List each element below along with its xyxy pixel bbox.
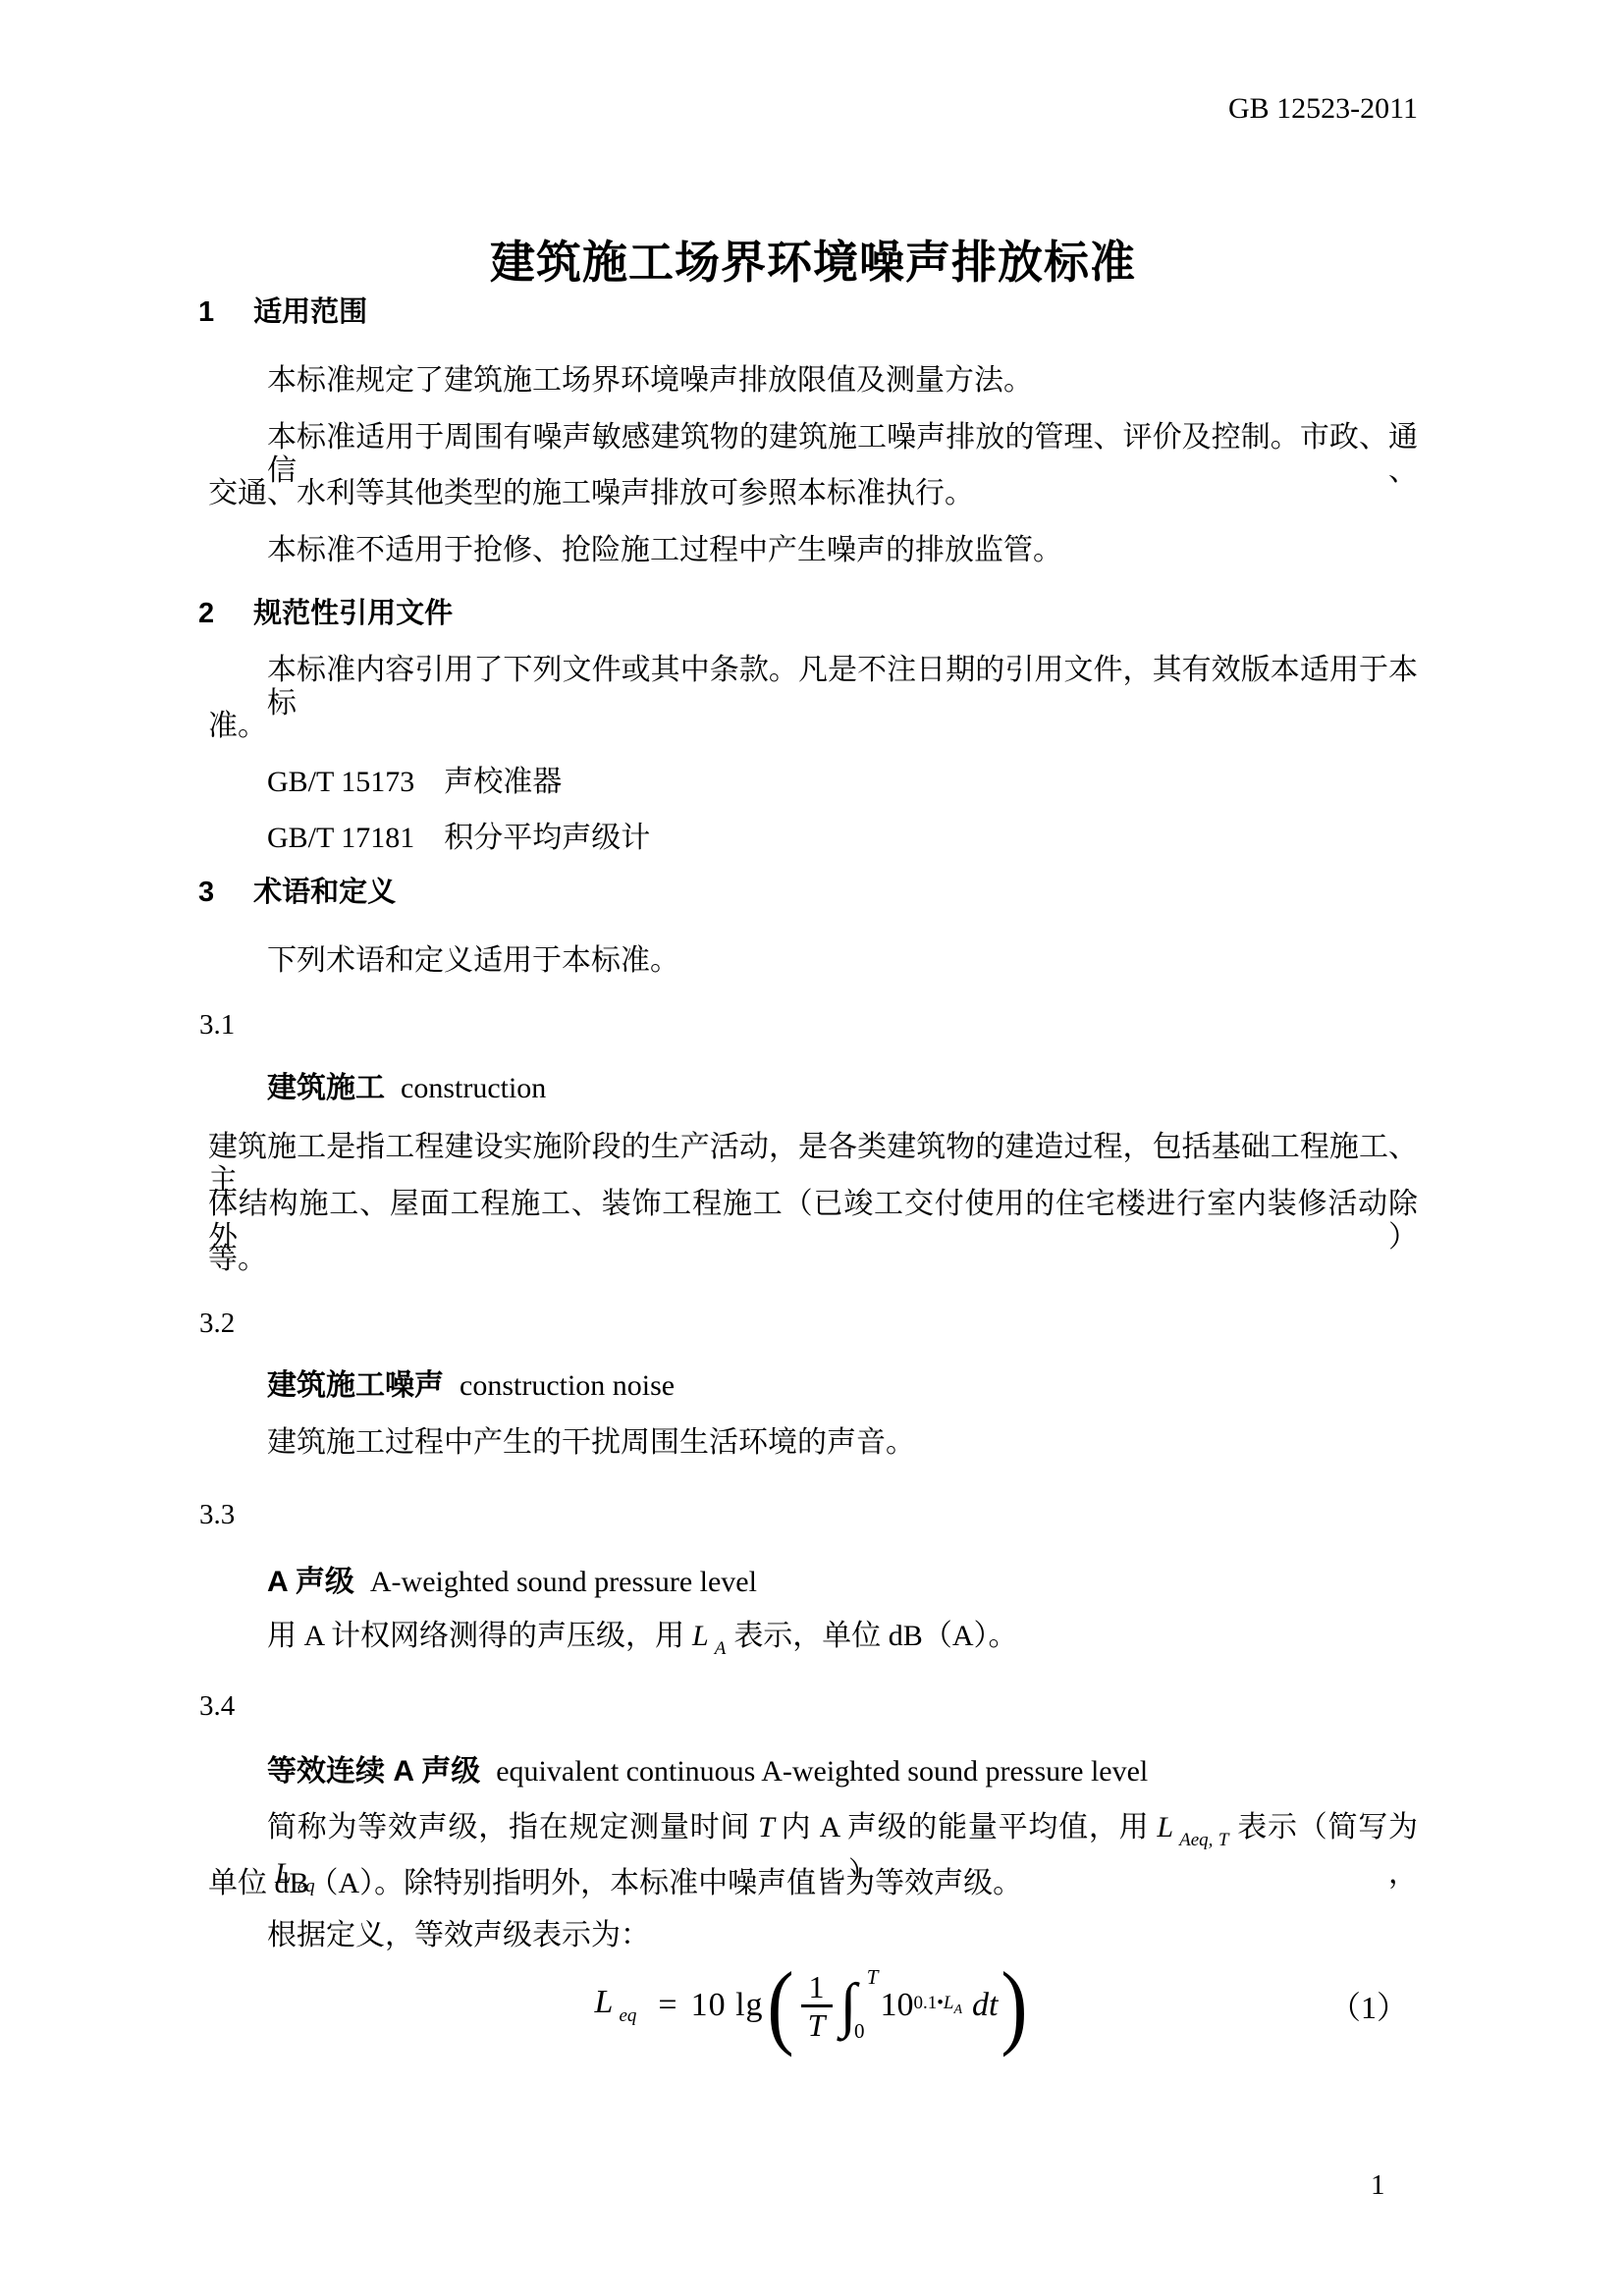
paragraph-line: 本标准规定了建筑施工场界环境噪声排放限值及测量方法。 — [208, 364, 1418, 398]
document-page: GB 12523-2011 建筑施工场界环境噪声排放标准 1适用范围 本标准规定… — [0, 0, 1623, 2296]
equation-lhs: Leq — [595, 1984, 645, 2027]
section-number: 2 — [198, 598, 214, 629]
integral-upper-limit: T — [867, 1967, 879, 1988]
reference-item: GB/T 15173声校准器 — [208, 766, 1418, 799]
fraction: 1 T — [801, 1969, 833, 2043]
equals-sign: = — [658, 1987, 676, 2024]
term-name-zh: 建筑施工 — [267, 1072, 385, 1104]
differential: dt — [972, 1987, 998, 2024]
definition-line: 单位 dB（A）。除特别指明外，本标准中噪声值皆为等效声级。 — [208, 1867, 1418, 1900]
section-title: 规范性引用文件 — [253, 598, 453, 629]
reference-code: GB/T 15173 — [267, 766, 414, 798]
term-number: 3.1 — [199, 1008, 1409, 1041]
definition-line: 用 A 计权网络测得的声压级，用LA表示，单位 dB（A）。 — [208, 1620, 1418, 1666]
term-number: 3.2 — [199, 1307, 1409, 1340]
term-name-en: equivalent continuous A-weighted sound p… — [496, 1755, 1148, 1788]
term-name-en: A-weighted sound pressure level — [370, 1566, 757, 1598]
section-heading-2: 2规范性引用文件 — [198, 597, 1408, 630]
paragraph-line: 根据定义，等效声级表示为： — [208, 1919, 1418, 1952]
exponent: 0.1•LA — [913, 1993, 962, 2018]
term-name-en: construction noise — [460, 1369, 675, 1402]
term-heading: 等效连续 A 声级equivalent continuous A-weighte… — [208, 1755, 1418, 1789]
equation: Leq = 10 lg ( 1 T ∫T0 10 0.1•LA dt ) — [208, 1958, 1418, 2053]
open-paren: ( — [767, 1958, 793, 2053]
section-number: 3 — [198, 877, 214, 908]
coefficient: 10 lg — [691, 1987, 764, 2024]
paragraph-line: 本标准不适用于抢修、抢险施工过程中产生噪声的排放监管。 — [208, 534, 1418, 567]
section-number: 1 — [198, 296, 214, 328]
paragraph-line: 交通、水利等其他类型的施工噪声排放可参照本标准执行。 — [208, 477, 1418, 510]
equation-number: （1） — [1329, 1983, 1408, 2028]
definition-line: 建筑施工过程中产生的干扰周围生活环境的声音。 — [208, 1426, 1418, 1460]
reference-name: 积分平均声级计 — [444, 822, 650, 854]
math-variable: L — [1157, 1811, 1173, 1843]
term-name-zh: 等效连续 A 声级 — [267, 1755, 480, 1788]
term-name-zh: A 声级 — [267, 1566, 354, 1598]
section-title: 适用范围 — [253, 296, 367, 328]
integral-sign: ∫T0 — [840, 1975, 877, 2036]
equation-row: Leq = 10 lg ( 1 T ∫T0 10 0.1•LA dt ) （1） — [208, 1958, 1418, 2053]
close-paren: ) — [1001, 1958, 1028, 2053]
definition-line: 等。 — [208, 1243, 1418, 1276]
document-title: 建筑施工场界环境噪声排放标准 — [208, 237, 1418, 288]
term-heading: 建筑施工construction — [208, 1072, 1418, 1105]
power-base: 10 — [880, 1987, 913, 2024]
term-number: 3.3 — [199, 1498, 1409, 1531]
term-number: 3.4 — [199, 1689, 1409, 1723]
math-subscript: A — [715, 1638, 727, 1659]
reference-name: 声校准器 — [444, 766, 562, 798]
term-heading: A 声级A-weighted sound pressure level — [208, 1566, 1418, 1599]
reference-item: GB/T 17181积分平均声级计 — [208, 822, 1418, 855]
term-name-zh: 建筑施工噪声 — [267, 1369, 444, 1402]
math-variable: L — [692, 1620, 709, 1652]
reference-code: GB/T 17181 — [267, 822, 414, 854]
section-heading-1: 1适用范围 — [198, 295, 1408, 329]
section-heading-3: 3术语和定义 — [198, 876, 1408, 909]
paragraph-line: 准。 — [208, 710, 1418, 743]
doc-code: GB 12523-2011 — [208, 92, 1418, 126]
paragraph-line: 下列术语和定义适用于本标准。 — [208, 944, 1418, 978]
integral-lower-limit: 0 — [854, 2021, 865, 2042]
section-title: 术语和定义 — [253, 877, 396, 908]
math-variable: T — [758, 1811, 775, 1843]
term-heading: 建筑施工噪声construction noise — [208, 1369, 1418, 1403]
page-number: 1 — [1371, 2168, 1385, 2202]
math-subscript: Aeq, T — [1179, 1830, 1228, 1850]
term-name-en: construction — [401, 1072, 546, 1104]
